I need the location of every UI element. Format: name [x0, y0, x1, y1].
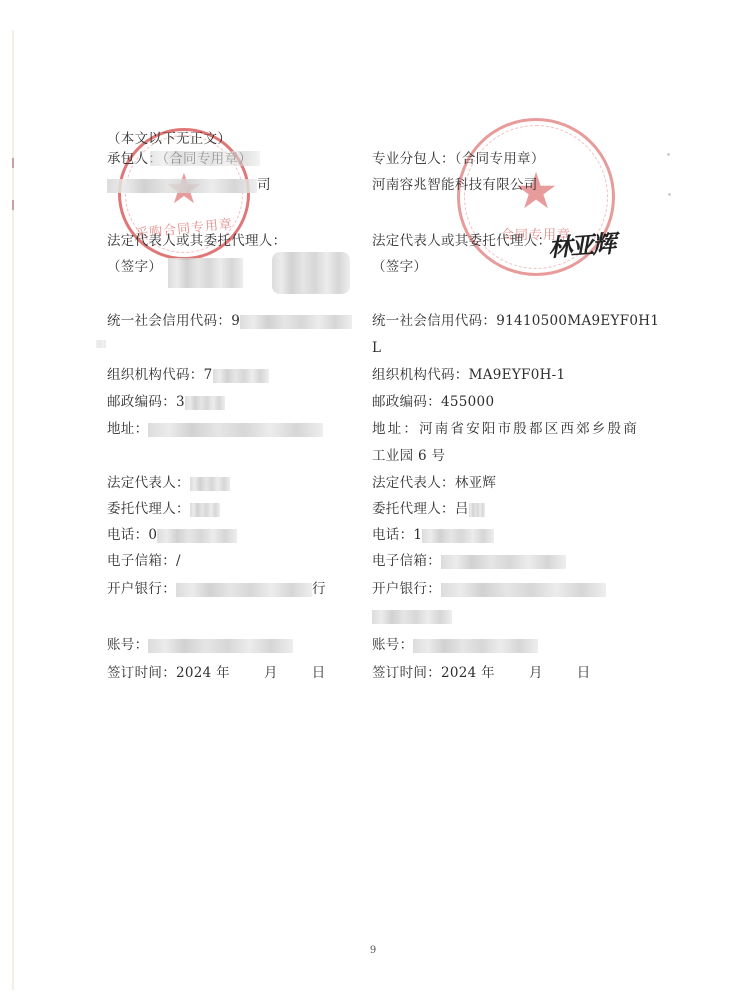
subcontractor-sign-label: （签字）: [372, 258, 427, 276]
subcontractor-signing-date: 签订时间：2024 年月日: [372, 664, 591, 682]
redacted-signature: [168, 258, 243, 288]
redacted-value: [148, 423, 323, 437]
subcontractor-phone: 电话：1: [372, 526, 494, 544]
contractor-org-code: 组织机构代码：7: [107, 366, 269, 384]
subcontractor-credit-code-cont: L: [372, 339, 381, 357]
redacted-block: [150, 151, 260, 166]
subcontractor-company-name: 河南容兆智能科技有限公司: [372, 176, 538, 194]
redacted-value: [240, 315, 352, 329]
contractor-signing-date: 签订时间：2024 年月日: [107, 664, 326, 682]
contractor-rep-label: 法定代表人或其委托代理人：: [107, 232, 286, 250]
redacted-company: [107, 179, 257, 193]
redacted-value: [190, 477, 230, 491]
redacted-value: [422, 529, 494, 543]
redacted-value: [96, 340, 106, 348]
subcontractor-account: 账号：: [372, 636, 538, 654]
redacted-value: [372, 610, 452, 624]
subcontractor-agent: 委托代理人：吕: [372, 500, 485, 518]
scan-mark: [12, 200, 14, 210]
subcontractor-org-code: 组织机构代码：MA9EYF0H-1: [372, 366, 565, 384]
scan-mark: [12, 158, 14, 168]
subcontractor-credit-code: 统一社会信用代码：91410500MA9EYF0H1: [372, 312, 659, 330]
scan-speck: [667, 153, 670, 156]
subcontractor-rep-label: 法定代表人或其委托代理人：: [372, 232, 551, 250]
contractor-company-name: 司: [107, 176, 271, 194]
contractor-account: 账号：: [107, 636, 293, 654]
subcontractor-signature: 林亚辉: [547, 224, 615, 264]
redacted-value: [185, 396, 225, 410]
redacted-value: [441, 583, 606, 597]
contractor-bank: 开户银行：行: [107, 580, 326, 598]
page-edge: [12, 30, 14, 990]
contractor-legal-rep: 法定代表人：: [107, 474, 230, 492]
redacted-value: [190, 503, 220, 517]
redacted-value: [176, 583, 312, 597]
contractor-agent: 委托代理人：: [107, 500, 220, 518]
contractor-address: 地址：: [107, 420, 323, 438]
end-of-text-note: （本文以下无正文）: [107, 130, 231, 148]
scan-speck: [668, 193, 671, 196]
page-number: 9: [0, 945, 746, 956]
subcontractor-email: 电子信箱：: [372, 552, 566, 570]
contractor-credit-code: 统一社会信用代码：9: [107, 312, 352, 330]
redacted-value: [157, 529, 237, 543]
subcontractor-bank: 开户银行：: [372, 580, 606, 598]
redacted-value: [413, 639, 538, 653]
redacted-value: [148, 639, 293, 653]
redacted-signature: [272, 252, 350, 294]
subcontractor-address: 地址：河南省安阳市殷都区西郊乡殷商: [372, 420, 639, 438]
subcontractor-party-label: 专业分包人：（合同专用章）: [372, 150, 545, 168]
contractor-phone: 电话：0: [107, 526, 237, 544]
subcontractor-postal-code: 邮政编码：455000: [372, 393, 494, 411]
redacted-value: [469, 503, 485, 517]
redacted-value: [213, 369, 269, 383]
contractor-postal-code: 邮政编码：3: [107, 393, 225, 411]
subcontractor-address-cont: 工业园 6 号: [372, 447, 445, 465]
contractor-email: 电子信箱：/: [107, 552, 181, 570]
redacted-value: [441, 555, 566, 569]
contractor-sign-row: （签字）: [107, 258, 162, 276]
subcontractor-legal-rep: 法定代表人：林亚辉: [372, 474, 496, 492]
